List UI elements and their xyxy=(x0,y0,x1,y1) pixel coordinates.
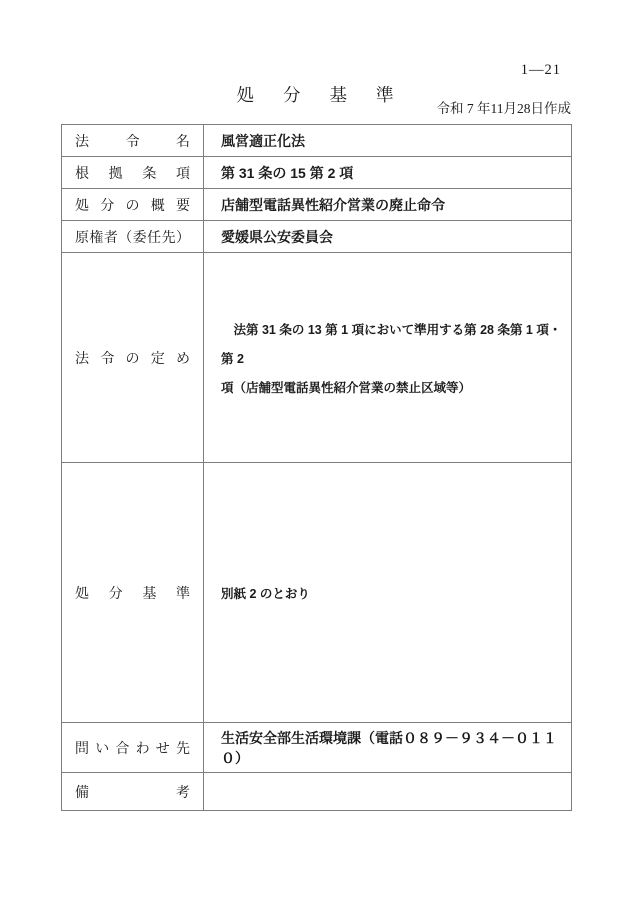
row-label-disposition-summary: 処分の概要 xyxy=(62,189,204,221)
row-label-law-provisions: 法令の定め xyxy=(62,253,204,463)
row-value-contact: 生活安全部生活環境課（電話０８９－９３４－０１１０） xyxy=(204,723,572,773)
table-row-law-provisions: 法令の定め 法第 31 条の 13 第 1 項において準用する第 28 条第 1… xyxy=(62,253,572,463)
row-value-law-provisions: 法第 31 条の 13 第 1 項において準用する第 28 条第 1 項・第 2… xyxy=(204,253,572,463)
row-label-law-name: 法令名 xyxy=(62,125,204,157)
row-label-contact: 問い合わせ先 xyxy=(62,723,204,773)
page-number: 1—21 xyxy=(521,62,561,79)
row-value-authority: 愛媛県公安委員会 xyxy=(204,221,572,253)
disposition-table: 法令名 風営適正化法 根拠条項 第 31 条の 15 第 2 項 処分の概要 店… xyxy=(61,124,572,811)
table-row-law-name: 法令名 風営適正化法 xyxy=(62,125,572,157)
row-label-remarks: 備考 xyxy=(62,773,204,811)
table-row-legal-basis: 根拠条項 第 31 条の 15 第 2 項 xyxy=(62,157,572,189)
table-row-disposition-summary: 処分の概要 店舗型電話異性紹介営業の廃止命令 xyxy=(62,189,572,221)
table-row-authority: 原権者（委任先） 愛媛県公安委員会 xyxy=(62,221,572,253)
row-value-legal-basis: 第 31 条の 15 第 2 項 xyxy=(204,157,572,189)
created-date: 令和 7 年11月28日作成 xyxy=(0,97,571,117)
row-label-authority: 原権者（委任先） xyxy=(62,221,204,253)
table-row-remarks: 備考 xyxy=(62,773,572,811)
row-label-disposition-criteria: 処分基準 xyxy=(62,463,204,723)
row-value-disposition-criteria: 別紙 2 のとおり xyxy=(204,463,572,723)
row-value-law-name: 風営適正化法 xyxy=(204,125,572,157)
row-label-legal-basis: 根拠条項 xyxy=(62,157,204,189)
table-row-disposition-criteria: 処分基準 別紙 2 のとおり xyxy=(62,463,572,723)
table-row-contact: 問い合わせ先 生活安全部生活環境課（電話０８９－９３４－０１１０） xyxy=(62,723,572,773)
row-value-disposition-summary: 店舗型電話異性紹介営業の廃止命令 xyxy=(204,189,572,221)
row-value-remarks xyxy=(204,773,572,811)
